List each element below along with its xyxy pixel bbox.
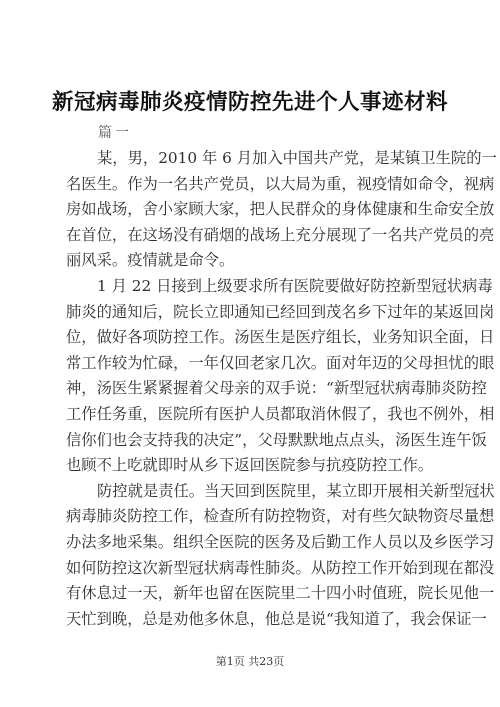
document-body: 某，男，2010 年 6 月加入中国共产党，是某镇卫生院的一 名医生。作为一名共…: [66, 146, 440, 632]
section-label: 篇一: [98, 122, 132, 144]
text-line: 名医生。作为一名共产党员，以大局为重，视疫情如命令，视病: [66, 172, 440, 198]
text-line: 神，汤医生紧紧握着父母亲的双手说：“新型冠状病毒肺炎防控: [66, 376, 440, 402]
text-line: 防控就是责任。当天回到医院里，某立即开展相关新型冠状: [66, 479, 440, 505]
page-number-footer: 第1页 共23页: [0, 652, 500, 672]
text-line: 在首位，在这场没有硝烟的战场上充分展现了一名共产党员的亮: [66, 223, 440, 249]
text-line: 信你们也会支持我的决定”，父母默默地点点头，汤医生连午饭: [66, 428, 440, 454]
text-line: 天忙到晚，总是劝他多休息，他总是说“我知道了，我会保证一: [66, 607, 440, 633]
text-line: 丽风采。疫情就是命令。: [66, 248, 440, 274]
text-line: 工作任务重，医院所有医护人员都取消休假了，我也不例外，相: [66, 402, 440, 428]
text-line: 常工作较为忙碌，一年仅回老家几次。面对年迈的父母担忧的眼: [66, 351, 440, 377]
text-line: 病毒肺炎防控工作，检查所有防控物资，对有些欠缺物资尽量想: [66, 504, 440, 530]
text-line: 1 月 22 日接到上级要求所有医院要做好防控新型冠状病毒: [66, 274, 440, 300]
text-line: 有休息过一天，新年也留在医院里二十四小时值班，院长见他一: [66, 581, 440, 607]
text-line: 房如战场，舍小家顾大家，把人民群众的身体健康和生命安全放: [66, 197, 440, 223]
text-line: 某，男，2010 年 6 月加入中国共产党，是某镇卫生院的一: [66, 146, 440, 172]
document-page: 新冠病毒肺炎疫情防控先进个人事迹材料 篇一 某，男，2010 年 6 月加入中国…: [0, 0, 500, 707]
document-title: 新冠病毒肺炎疫情防控先进个人事迹材料: [0, 86, 500, 120]
text-line: 办法多地采集。组织全医院的医务及后勤工作人员以及乡医学习: [66, 530, 440, 556]
text-line: 也顾不上吃就即时从乡下返回医院参与抗疫防控工作。: [66, 453, 440, 479]
text-line: 位，做好各项防控工作。汤医生是医疗组长，业务知识全面，日: [66, 325, 440, 351]
text-line: 如何防控这次新型冠状病毒性肺炎。从防控工作开始到现在都没: [66, 556, 440, 582]
text-line: 肺炎的通知后，院长立即通知已经回到茂名乡下过年的某返回岗: [66, 300, 440, 326]
